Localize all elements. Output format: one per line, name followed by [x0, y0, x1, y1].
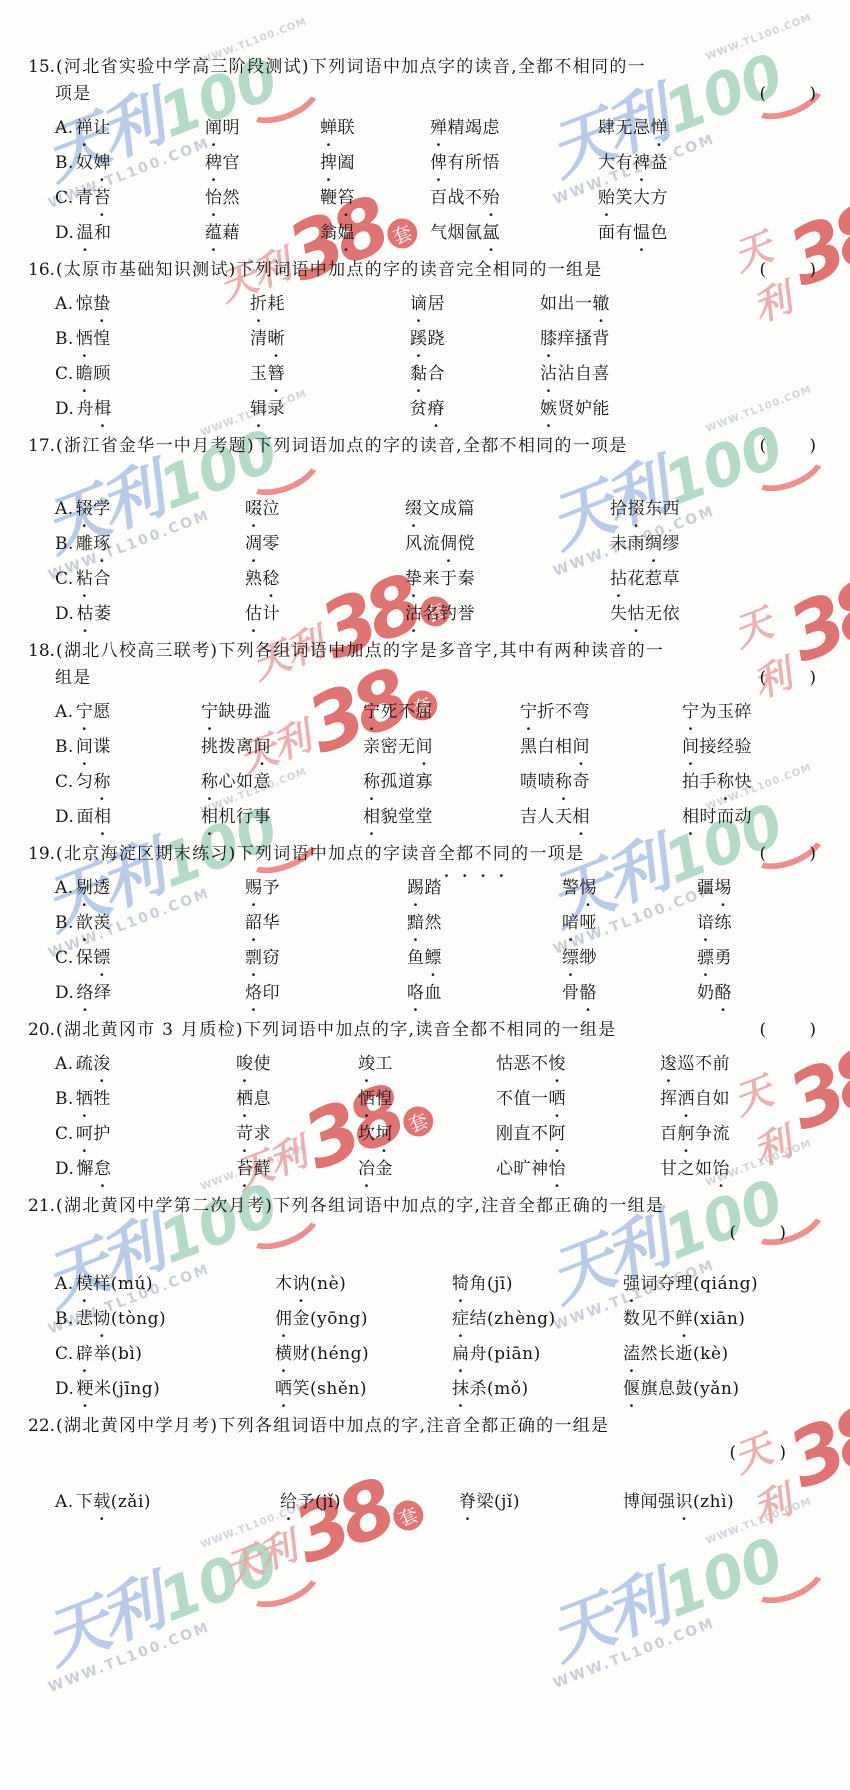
option-cell: C.粘合 — [55, 568, 245, 590]
term-char: 争 — [695, 1123, 713, 1145]
vocab-term: 缥缈 — [562, 947, 597, 969]
term-char: 哂 — [549, 1088, 567, 1110]
option-cell: 不值一哂 — [496, 1088, 660, 1110]
option-row: A.剔透赐予踢踏警惕疆埸 — [55, 877, 816, 899]
term-char: ) — [727, 1491, 734, 1513]
term-char: 然 — [641, 1343, 659, 1365]
term-char: 精 — [448, 117, 466, 139]
term-char: 旷 — [514, 1158, 532, 1180]
term-char: 洒 — [678, 1088, 696, 1110]
vocab-term: 奴婢 — [76, 152, 111, 174]
scanned-exam-page: { "document": { "answer_bracket": "( )",… — [0, 0, 850, 1790]
term-char: ) — [334, 1491, 341, 1513]
term-char: 旗 — [641, 1378, 659, 1400]
term-char: 相 — [201, 806, 219, 828]
vocab-term: 犄角(jī) — [452, 1273, 513, 1295]
term-char: 谪 — [410, 293, 428, 315]
option-label: A. — [55, 499, 74, 519]
term-char: 称 — [717, 771, 735, 793]
term-char: ( — [693, 1273, 700, 1295]
vocab-term: 阐明 — [205, 117, 240, 139]
vocab-term: 给予(jǐ) — [280, 1491, 341, 1513]
option-label: D. — [55, 604, 74, 624]
option-cell: 百战不殆 — [430, 187, 598, 209]
term-char: 全 — [438, 841, 456, 868]
option-cell: 间接经验 — [682, 736, 816, 758]
term-char: 氤 — [465, 222, 483, 244]
option-cell: 稗官 — [205, 152, 320, 174]
vocab-term: 如出一辙 — [540, 293, 610, 315]
option-cell: 未雨绸缪 — [610, 533, 816, 555]
term-char: 鳔 — [425, 947, 443, 969]
term-char: 骨 — [562, 982, 580, 1004]
option-cell: 大有裨益 — [598, 152, 816, 174]
option-row: A.疏浚唆使竣工怙恶不悛逡巡不前 — [55, 1053, 816, 1075]
term-char: 样 — [93, 1273, 111, 1295]
term-char: 怙 — [496, 1053, 514, 1075]
option-cell: 博闻强识(zhì) — [623, 1491, 816, 1513]
term-char: 文 — [423, 498, 441, 520]
term-char: 萎 — [94, 603, 112, 625]
term-char: 晰 — [268, 328, 286, 350]
vocab-term: 估计 — [245, 603, 280, 625]
term-char: g — [740, 1273, 751, 1295]
term-char: 来 — [423, 568, 441, 590]
option-cell: 辑录 — [250, 398, 410, 420]
term-char: 鲜 — [676, 1308, 694, 1330]
option-cell: 烙印 — [245, 982, 407, 1004]
term-char: ( — [111, 1308, 118, 1330]
option-cell: 奶酪 — [697, 982, 816, 1004]
term-char: 笞 — [338, 187, 356, 209]
vocab-term: 温和 — [76, 222, 111, 244]
term-char: 联 — [338, 117, 356, 139]
term-char: k — [700, 1343, 711, 1365]
term-char: 疆 — [697, 877, 715, 899]
term-char: ) — [506, 1273, 513, 1295]
questions-list: 15.(河北省实验中学高三阶段测试)下列词语中加点字的读音,全都不相同的一项是(… — [28, 54, 816, 1526]
term-char: 瞻 — [76, 363, 94, 385]
term-char: 数 — [623, 1308, 641, 1330]
term-char: 恓 — [76, 328, 94, 350]
term-char: 宁 — [520, 701, 538, 723]
term-char: ò — [125, 1308, 136, 1330]
options-list: A.下载(zǎi)给予(jǐ)脊梁(jǐ)博闻强识(zhì) — [28, 1491, 816, 1513]
option-row: C.匀称称心如意称孤道寡啧啧称奇拍手称快 — [55, 771, 816, 793]
option-cell: 坎坷 — [358, 1123, 496, 1145]
option-label: B. — [55, 153, 74, 173]
question-stem-line: 20.(湖北黄冈市 3 月质检)下列词语中加点的字,读音全都不相同的一组是( ) — [28, 1017, 816, 1044]
option-cell: D.舟楫 — [55, 398, 250, 420]
term-char: s — [317, 1378, 326, 1400]
term-char: 堂 — [416, 806, 434, 828]
term-char: ( — [693, 1308, 700, 1330]
term-char: 称 — [555, 771, 573, 793]
option-label: C. — [55, 364, 74, 384]
option-cell: 拾掇东西 — [610, 498, 816, 520]
term-char: 骠 — [697, 947, 715, 969]
options-list: A.剔透赐予踢踏警惕疆埸B.歆羡韶华黯然喑哑谙练C.保镖剽窃鱼鳔缥缈骠勇D.络绎… — [28, 877, 816, 1004]
term-char: 怡 — [205, 187, 223, 209]
option-cell: 俾有所悟 — [430, 152, 598, 174]
option-cell: 谪居 — [410, 293, 540, 315]
term-char: 阐 — [205, 117, 223, 139]
term-char: 结 — [470, 1308, 488, 1330]
term-char: 绎 — [94, 982, 112, 1004]
vocab-term: 亲密无间 — [363, 736, 433, 758]
term-char: 出 — [558, 293, 576, 315]
term-char: 宁 — [201, 701, 219, 723]
option-cell: 脊梁(jǐ) — [459, 1491, 623, 1513]
term-char: 竭 — [465, 117, 483, 139]
term-char: 有 — [616, 222, 634, 244]
term-char: z — [118, 1491, 127, 1513]
term-char: ) — [548, 1308, 555, 1330]
option-cell: A.疏浚 — [55, 1053, 236, 1075]
term-char: 为 — [700, 701, 718, 723]
term-char: 苔 — [93, 187, 111, 209]
option-cell: A.禅让 — [55, 117, 205, 139]
term-char: 苛 — [236, 1123, 254, 1145]
term-char: 唆 — [236, 1053, 254, 1075]
term-char: 官 — [223, 152, 241, 174]
term-char: 益 — [651, 152, 669, 174]
vocab-term: 惊蛰 — [76, 293, 111, 315]
vocab-term: 韶华 — [245, 912, 280, 934]
option-label: D. — [55, 807, 74, 827]
term-char: 人 — [538, 806, 556, 828]
vocab-term: 失怙无依 — [610, 603, 680, 625]
option-cell: D.懈怠 — [55, 1158, 236, 1180]
term-char: 惶 — [93, 328, 111, 350]
vocab-term: 剔透 — [76, 877, 111, 899]
vocab-term: 风流倜傥 — [405, 533, 475, 555]
term-char: 下 — [76, 1491, 94, 1513]
term-char: m — [118, 1273, 135, 1295]
term-char: 笑 — [293, 1378, 311, 1400]
term-char: 识 — [676, 1491, 694, 1513]
option-label: C. — [55, 1124, 74, 1144]
option-row: A.模样(mú)木讷(nè)犄角(jī)强词夺理(qiáng) — [55, 1273, 816, 1295]
term-char: 心 — [219, 771, 237, 793]
term-char: 接 — [700, 736, 718, 758]
term-char: 举 — [93, 1343, 111, 1365]
term-char: 有 — [616, 152, 634, 174]
term-char: x — [700, 1308, 710, 1330]
vocab-term: 舟楫 — [76, 398, 111, 420]
term-char: 间 — [682, 736, 700, 758]
vocab-term: 络绎 — [76, 982, 111, 1004]
term-char: ǎ — [710, 1378, 721, 1400]
vocab-term: 模样(mú) — [76, 1273, 153, 1295]
term-char: 所 — [465, 152, 483, 174]
option-cell: A.模样(mú) — [55, 1273, 275, 1295]
term-char: 笑 — [616, 187, 634, 209]
term-char: 啧 — [520, 771, 538, 793]
option-cell: 黑白相间 — [520, 736, 682, 758]
tl100-watermark-logo: 天利100WWW.TL100.COM — [36, 1503, 348, 1674]
term-char: n — [522, 1343, 533, 1365]
term-char: 膝 — [540, 328, 558, 350]
option-cell: 折耗 — [250, 293, 410, 315]
vocab-term: 喑哑 — [562, 912, 597, 934]
term-char: ) — [522, 1378, 529, 1400]
option-cell: 宁为玉碎 — [682, 701, 816, 723]
term-char: 夺 — [658, 1273, 676, 1295]
term-char: 流 — [423, 533, 441, 555]
option-row: B.奴婢稗官捭阖俾有所悟大有裨益 — [55, 152, 816, 174]
term-char: 使 — [254, 1053, 272, 1075]
question-block: 21.(湖北黄冈中学第二次月考)下列各组词语中加点的字,注音全都正确的一组是( … — [28, 1193, 816, 1400]
term-char: 恸 — [93, 1308, 111, 1330]
option-cell: 警惕 — [562, 877, 697, 899]
stem-dotted-text: 全都不同 — [438, 841, 511, 868]
question-stem-line: 17.(浙江省金华一中月考题)下列词语加点的字的读音,全都不相同的一项是( ) — [28, 433, 816, 460]
option-cell: 翁媪 — [320, 222, 430, 244]
vocab-term: 宁折不弯 — [520, 701, 590, 723]
vocab-term: 甘之如饴 — [660, 1158, 730, 1180]
option-row: C.呵护苛求坎坷刚直不阿百舸争流 — [55, 1123, 816, 1145]
term-char: 天 — [555, 806, 573, 828]
term-char: y — [700, 1378, 710, 1400]
term-char: g — [142, 1378, 153, 1400]
options-list: A.模样(mú)木讷(nè)犄角(jī)强词夺理(qiáng)B.悲恸(tòng… — [28, 1273, 816, 1400]
option-label: D. — [55, 983, 74, 1003]
term-char: 妒 — [575, 398, 593, 420]
term-char: 惊 — [76, 293, 94, 315]
tl100-brand-text: 天利 — [541, 1568, 674, 1670]
option-cell: 亲密无间 — [363, 736, 520, 758]
vocab-term: 翁媪 — [320, 222, 355, 244]
term-char: 沾 — [540, 363, 558, 385]
vocab-term: 面有愠色 — [598, 222, 668, 244]
tl100-url-large: WWW.TL100.COM — [46, 1565, 354, 1696]
vocab-term: 踢踏 — [407, 877, 442, 899]
option-cell: 凋零 — [245, 533, 405, 555]
vocab-term: 博闻强识(zhì) — [623, 1491, 734, 1513]
term-char: 方 — [651, 187, 669, 209]
term-char: 殆 — [483, 187, 501, 209]
term-char: 不 — [555, 701, 573, 723]
term-char: 杀 — [470, 1378, 488, 1400]
term-char: ) — [751, 1273, 758, 1295]
question-stem-line: 15.(河北省实验中学高三阶段测试)下列词语中加点字的读音,全都不相同的一 — [28, 54, 816, 81]
term-char: ( — [111, 1378, 118, 1400]
term-char: 模 — [76, 1273, 94, 1295]
option-cell: 宁缺毋滥 — [201, 701, 363, 723]
term-char: 抹 — [452, 1378, 470, 1400]
vocab-term: 溘然长逝(kè) — [623, 1343, 729, 1365]
term-char: 牲 — [93, 1088, 111, 1110]
options-list: A.疏浚唆使竣工怙恶不悛逡巡不前B.牺牲栖息恓惶不值一哂挥洒自如C.呵护苛求坎坷… — [28, 1053, 816, 1180]
term-char: 然 — [223, 187, 241, 209]
vocab-term: 横财(héng) — [275, 1343, 369, 1365]
term-char: 心 — [496, 1158, 514, 1180]
vocab-term: 宁愿 — [76, 701, 111, 723]
option-cell: 心旷神怡 — [496, 1158, 660, 1180]
question-number: 18. — [28, 638, 55, 665]
option-label: A. — [55, 1054, 74, 1074]
option-cell: 如出一辙 — [540, 293, 816, 315]
term-char: 气 — [430, 222, 448, 244]
answer-bracket: ( ) — [760, 1017, 817, 1044]
term-char: 奇 — [573, 771, 591, 793]
question-number: 19. — [28, 841, 55, 868]
vocab-term: 大有裨益 — [598, 152, 668, 174]
term-char: 剔 — [76, 877, 94, 899]
answer-bracket: ( ) — [760, 257, 817, 284]
term-char: ě — [338, 1378, 349, 1400]
option-cell: 挚来于秦 — [405, 568, 610, 590]
vocab-term: 疆埸 — [697, 877, 732, 899]
term-char: 给 — [280, 1491, 298, 1513]
term-char: n — [317, 1273, 328, 1295]
vocab-term: 栖息 — [236, 1088, 271, 1110]
term-char: 耗 — [268, 293, 286, 315]
term-char: 怙 — [628, 603, 646, 625]
vocab-term: 沽名钓誉 — [405, 603, 475, 625]
term-char: 呵 — [76, 1123, 94, 1145]
term-char: 羡 — [93, 912, 111, 934]
term-char: 犄 — [452, 1273, 470, 1295]
question-block: 15.(河北省实验中学高三阶段测试)下列词语中加点字的读音,全都不相同的一项是(… — [28, 54, 816, 244]
vocab-term: 懈怠 — [76, 1158, 111, 1180]
vocab-term: 雕琢 — [76, 533, 111, 555]
term-char: 宁 — [682, 701, 700, 723]
option-cell: 拍手称快 — [682, 771, 816, 793]
term-char: 前 — [713, 1053, 731, 1075]
option-cell: 赐予 — [245, 877, 407, 899]
vocab-term: 呵护 — [76, 1123, 111, 1145]
term-char: 见 — [641, 1308, 659, 1330]
vocab-term: 歆羡 — [76, 912, 111, 934]
term-char: 藓 — [254, 1158, 272, 1180]
term-char: 色 — [651, 222, 669, 244]
vocab-term: 间谍 — [76, 736, 111, 758]
term-char: 大 — [633, 187, 651, 209]
option-cell: 阐明 — [205, 117, 320, 139]
vocab-term: 唆使 — [236, 1053, 271, 1075]
term-char: 长 — [658, 1343, 676, 1365]
option-cell: 清晰 — [250, 328, 410, 350]
term-char: 蛰 — [93, 293, 111, 315]
term-char: 悛 — [549, 1053, 567, 1075]
term-char: 禅 — [76, 117, 94, 139]
option-cell: 挥洒自如 — [660, 1088, 816, 1110]
option-row: C.青苔怡然鞭笞百战不殆贻笑大方 — [55, 187, 816, 209]
term-char: 同 — [493, 841, 511, 868]
vocab-term: 啜泣 — [245, 498, 280, 520]
term-char: 谍 — [93, 736, 111, 758]
term-char: ( — [693, 1491, 700, 1513]
term-char: z — [494, 1308, 503, 1330]
term-char: 拨 — [219, 736, 237, 758]
term-char: 碎 — [735, 701, 753, 723]
term-char: ) — [722, 1343, 729, 1365]
term-char: 花 — [628, 568, 646, 590]
term-char: 栖 — [236, 1088, 254, 1110]
term-char: 虑 — [483, 117, 501, 139]
option-label: C. — [55, 772, 74, 792]
term-char: 绸 — [645, 533, 663, 555]
term-char: 沽 — [405, 603, 423, 625]
term-char: 稗 — [205, 152, 223, 174]
term-char: 间 — [254, 736, 272, 758]
term-char: 百 — [660, 1123, 678, 1145]
option-row: B.牺牲栖息恓惶不值一哂挥洒自如 — [55, 1088, 816, 1110]
term-char: ) — [513, 1491, 520, 1513]
vocab-term: 称孤道寡 — [363, 771, 433, 793]
vocab-term: 辑录 — [250, 398, 285, 420]
question-stem-line2: 项是( ) — [28, 81, 816, 108]
options-list: A.辍学啜泣缀文成篇拾掇东西B.雕琢凋零风流倜傥未雨绸缪C.粘合熟稔挚来于秦拈花… — [28, 498, 816, 625]
term-char: 屈 — [416, 701, 434, 723]
vocab-term: 贫瘠 — [410, 398, 445, 420]
question-block: 19.(北京海淀区期末练习)下列词语中加点的字读音全都不同的一项是( )A.剔透… — [28, 841, 816, 1004]
option-label: A. — [55, 702, 74, 722]
option-label: D. — [55, 399, 74, 419]
term-char: 雨 — [628, 533, 646, 555]
option-cell: 沾沾自喜 — [540, 363, 816, 385]
option-cell: 贫瘠 — [410, 398, 540, 420]
term-char: 跷 — [428, 328, 446, 350]
term-char: h — [710, 1491, 721, 1513]
option-cell: 数见不鲜(xiān) — [623, 1308, 816, 1330]
term-char: 缪 — [663, 533, 681, 555]
vocab-term: 熟稔 — [245, 568, 280, 590]
term-char: 惮 — [651, 117, 669, 139]
answer-bracket: ( ) — [760, 665, 817, 692]
option-cell: 风流倜傥 — [405, 533, 610, 555]
option-row: A.辍学啜泣缀文成篇拾掇东西 — [55, 498, 816, 520]
term-char: 簪 — [268, 363, 286, 385]
vocab-term: 面相 — [76, 806, 111, 828]
term-char: 相 — [94, 806, 112, 828]
term-char: 弯 — [573, 701, 591, 723]
term-char: 媪 — [338, 222, 356, 244]
term-char: 殚 — [430, 117, 448, 139]
term-char: 窃 — [263, 947, 281, 969]
term-char: 亲 — [363, 736, 381, 758]
question-block: 18.(湖北八校高三联考)下列各组词语中加点的字是多音字,其中有两种读音的一组是… — [28, 638, 816, 828]
term-char: n — [727, 1308, 738, 1330]
term-char: 时 — [700, 806, 718, 828]
option-cell: D.络绎 — [55, 982, 245, 1004]
term-char: 黑 — [520, 736, 538, 758]
term-char: 不 — [658, 1308, 676, 1330]
term-char: ā — [511, 1343, 522, 1365]
term-char: ( — [487, 1308, 494, 1330]
term-char: 不 — [398, 701, 416, 723]
term-char: 横 — [275, 1343, 293, 1365]
term-char: 清 — [250, 328, 268, 350]
vocab-term: 竣工 — [358, 1053, 393, 1075]
option-cell: 相貌堂堂 — [363, 806, 520, 828]
vocab-term: 悲恸(tòng) — [76, 1308, 166, 1330]
vocab-term: 蹊跷 — [410, 328, 445, 350]
term-char: 予 — [263, 877, 281, 899]
term-char: 玉 — [250, 363, 268, 385]
term-char: 逝 — [676, 1343, 694, 1365]
vocab-term: 沾沾自喜 — [540, 363, 610, 385]
option-cell: B.雕琢 — [55, 533, 245, 555]
question-stem: (湖北黄冈中学第二次月考)下列各组词语中加点的字,注音全都正确的一组是 — [56, 1193, 664, 1220]
option-cell: 剽窃 — [245, 947, 407, 969]
term-char: 傥 — [458, 533, 476, 555]
option-cell: 宁死不屈 — [363, 701, 520, 723]
term-char: 藉 — [223, 222, 241, 244]
term-char: 裨 — [633, 152, 651, 174]
